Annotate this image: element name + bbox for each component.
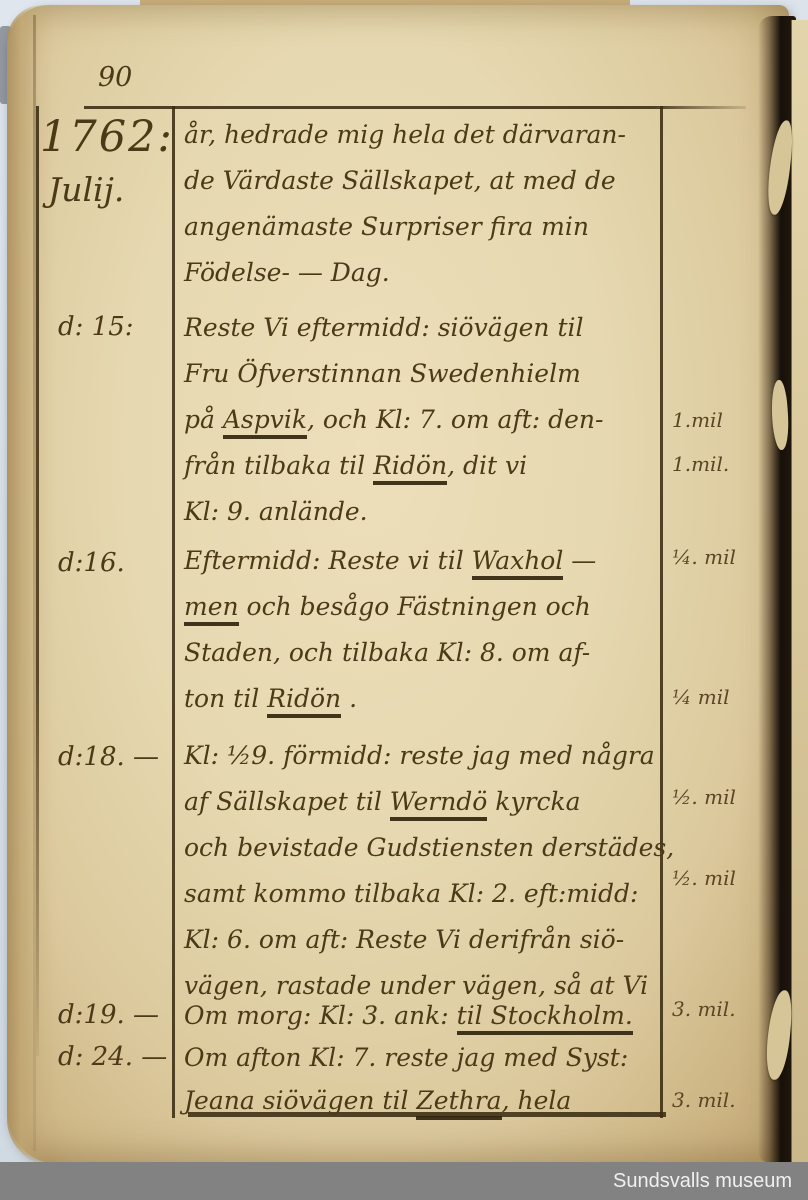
manuscript-line: Kl: 6. om aft: Reste Vi derifrån siö- <box>184 917 658 963</box>
manuscript-text: . <box>341 684 357 713</box>
manuscript-text: , dit vi <box>447 451 527 480</box>
manuscript-text: Jeana siövägen til <box>184 1086 416 1115</box>
underlined-place-name: men <box>184 592 239 626</box>
manuscript-line: Fru Öfverstinnan Swedenhielm <box>184 351 658 397</box>
year-label: 1762: <box>40 112 174 162</box>
margin-note-mil: ½. mil <box>672 785 736 809</box>
underlined-place-name: til Stockholm. <box>457 1001 633 1035</box>
manuscript-text: — <box>563 546 596 575</box>
month-label: Julij. <box>48 170 124 209</box>
manuscript-text: Om morg: Kl: 3. ank: <box>184 1001 457 1030</box>
manuscript-text: af Sällskapet til <box>184 787 390 816</box>
underlined-place-name: Aspvik <box>223 405 307 439</box>
manuscript-line: de Värdaste Sällskapet, at med de <box>184 158 658 204</box>
manuscript-text: de Värdaste Sällskapet, at med de <box>184 166 616 195</box>
entry-date-16: d:16. <box>58 548 125 578</box>
manuscript-line: samt kommo tilbaka Kl: 2. eft:midd: <box>184 871 658 917</box>
watermark-label: Sundsvalls museum <box>613 1170 792 1193</box>
margin-note-mil: 1.mil. <box>672 452 729 476</box>
margin-note-mil: 3. mil. <box>672 997 736 1021</box>
margin-note-mil: 1.mil <box>672 408 723 432</box>
manuscript-text: samt kommo tilbaka Kl: 2. eft:midd: <box>184 879 638 908</box>
manuscript-text: Staden, och tilbaka Kl: 8. om af- <box>184 638 590 667</box>
manuscript-text: och bevistade Gudstiensten derstädes, <box>184 833 674 862</box>
manuscript-text: , och Kl: 7. om aft: den- <box>307 405 603 434</box>
manuscript-text: Födelse- — Dag. <box>184 258 390 287</box>
watermark-bar: Sundsvalls museum <box>0 1162 808 1200</box>
manuscript-text: , hela <box>502 1086 572 1115</box>
manuscript-text: kyrcka <box>487 787 580 816</box>
manuscript-line: från tilbaka til Ridön, dit vi <box>184 443 658 489</box>
manuscript-text: Eftermidd: Reste vi til <box>184 546 472 575</box>
page-number: 90 <box>98 62 132 93</box>
manuscript-text: från tilbaka til <box>184 451 373 480</box>
journal-entry-d18: Kl: ½9. förmidd: reste jag med någraaf S… <box>184 733 658 1009</box>
manuscript-line: Reste Vi eftermidd: siövägen til <box>184 305 658 351</box>
margin-note-mil: ¼ mil <box>672 685 730 709</box>
journal-entry-d16: Eftermidd: Reste vi til Waxhol —men och … <box>184 538 658 722</box>
margin-note-mil: 3. mil. <box>672 1088 736 1112</box>
manuscript-line: Staden, och tilbaka Kl: 8. om af- <box>184 630 658 676</box>
entry-date-18: d:18. — <box>58 742 159 772</box>
manuscript-line: Om morg: Kl: 3. ank: til Stockholm. <box>184 993 658 1039</box>
journal-entry-intro: år, hedrade mig hela det därvaran-de Vär… <box>184 112 658 296</box>
underlined-place-name: Ridön <box>373 451 447 485</box>
manuscript-line: af Sällskapet til Werndö kyrcka <box>184 779 658 825</box>
archive-photo: 90 1762: Julij. d: 15: d:16. d:18. — d:1… <box>0 0 808 1200</box>
underlined-place-name: Ridön <box>267 684 341 718</box>
margin-note-mil: ½. mil <box>672 866 736 890</box>
manuscript-line: Jeana siövägen til Zethra, hela <box>184 1079 658 1122</box>
underlined-place-name: Waxhol <box>472 546 564 580</box>
journal-entry-d15: Reste Vi eftermidd: siövägen tilFru Öfve… <box>184 305 658 535</box>
underlined-place-name: Werndö <box>390 787 488 821</box>
manuscript-line: på Aspvik, och Kl: 7. om aft: den- <box>184 397 658 443</box>
journal-entry-d19: Om morg: Kl: 3. ank: til Stockholm. <box>184 993 658 1039</box>
manuscript-line: Kl: 9. anlände. <box>184 489 658 535</box>
manuscript-text: Fru Öfverstinnan Swedenhielm <box>184 359 581 388</box>
manuscript-text: och besågo Fästningen och <box>239 592 591 621</box>
manuscript-text: Kl: ½9. förmidd: reste jag med några <box>184 741 655 770</box>
manuscript-text: ton til <box>184 684 267 713</box>
journal-entry-d24: Om afton Kl: 7. reste jag med Syst:Jeana… <box>184 1036 658 1122</box>
table-rule-date-divider <box>172 106 175 1118</box>
manuscript-text: Om afton Kl: 7. reste jag med Syst: <box>184 1043 628 1072</box>
page-left-deckle-edge <box>7 5 53 1165</box>
entry-date-15: d: 15: <box>58 312 134 342</box>
adjacent-page-edge <box>791 20 808 1162</box>
table-rule-top <box>84 106 746 109</box>
manuscript-text: angenämaste Surpriser fira min <box>184 212 589 241</box>
manuscript-line: angenämaste Surpriser fira min <box>184 204 658 250</box>
manuscript-text: Reste Vi eftermidd: siövägen til <box>184 313 584 342</box>
manuscript-line: ton til Ridön . <box>184 676 658 722</box>
manuscript-line: och bevistade Gudstiensten derstädes, <box>184 825 658 871</box>
underlined-place-name: Zethra <box>416 1086 501 1120</box>
entry-date-19: d:19. — <box>58 1000 159 1030</box>
manuscript-line: Om afton Kl: 7. reste jag med Syst: <box>184 1036 658 1079</box>
manuscript-text: Kl: 9. anlände. <box>184 497 368 526</box>
manuscript-line: år, hedrade mig hela det därvaran- <box>184 112 658 158</box>
manuscript-line: men och besågo Fästningen och <box>184 584 658 630</box>
manuscript-line: Eftermidd: Reste vi til Waxhol — <box>184 538 658 584</box>
manuscript-line: Kl: ½9. förmidd: reste jag med några <box>184 733 658 779</box>
manuscript-text: år, hedrade mig hela det därvaran- <box>184 120 626 149</box>
margin-note-mil: ¼. mil <box>672 545 736 569</box>
manuscript-text: på <box>184 405 223 434</box>
manuscript-text: Kl: 6. om aft: Reste Vi derifrån siö- <box>184 925 624 954</box>
entry-date-24: d: 24. — <box>58 1042 167 1072</box>
table-rule-left <box>36 106 39 1056</box>
manuscript-line: Födelse- — Dag. <box>184 250 658 296</box>
table-rule-right <box>660 106 663 1118</box>
